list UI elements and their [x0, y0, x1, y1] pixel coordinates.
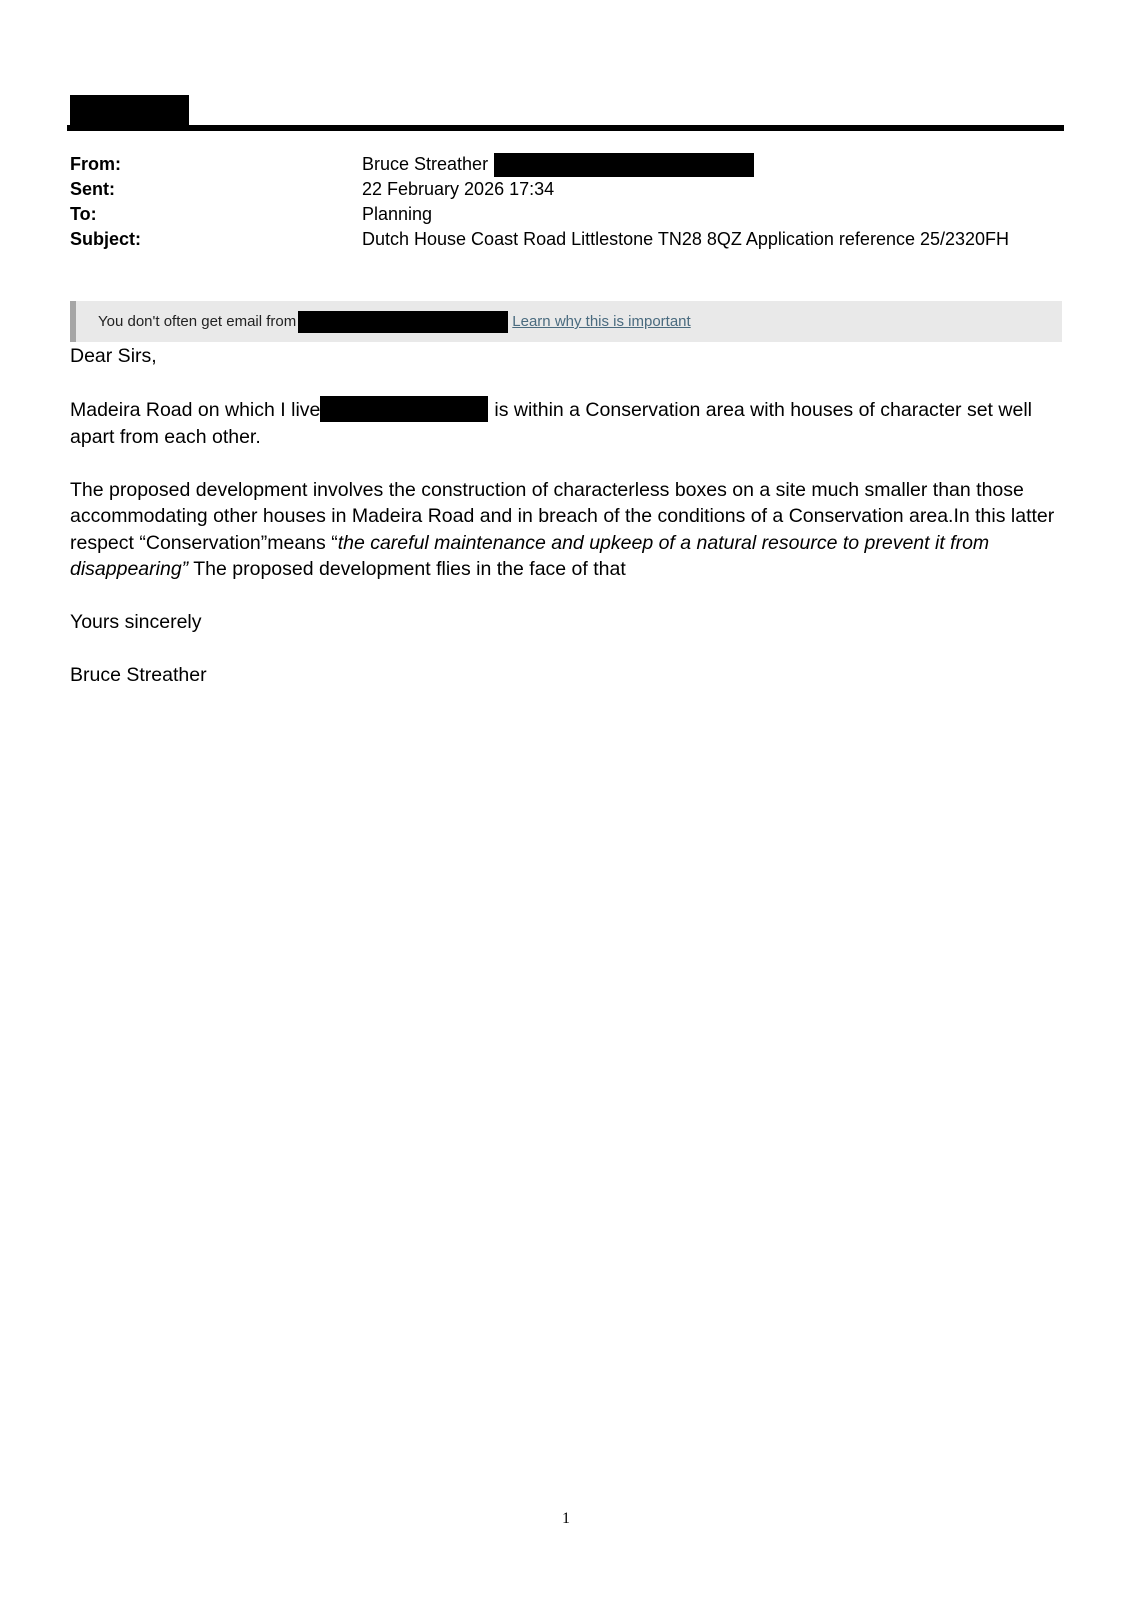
paragraph-1: Madeira Road on which I liveis within a …: [70, 396, 1070, 450]
external-sender-notice: You don't often get email from Learn why…: [70, 301, 1062, 342]
from-label: From:: [70, 154, 362, 175]
redacted-address: [320, 396, 488, 422]
redacted-title: [70, 95, 189, 126]
learn-why-link[interactable]: Learn why this is important: [512, 313, 690, 330]
sent-value: 22 February 2026 17:34: [362, 179, 554, 200]
redacted-email-address: [494, 153, 754, 177]
email-body: Dear Sirs, Madeira Road on which I livei…: [70, 343, 1070, 715]
header-from: From: Bruce Streather: [70, 152, 1070, 177]
redacted-sender: [298, 311, 508, 333]
page-number: 1: [0, 1510, 1132, 1528]
header-rule: [67, 125, 1064, 131]
to-label: To:: [70, 204, 362, 225]
sent-label: Sent:: [70, 179, 362, 200]
subject-value: Dutch House Coast Road Littlestone TN28 …: [362, 229, 1009, 250]
signature: Bruce Streather: [70, 662, 1070, 689]
paragraph-2: The proposed development involves the co…: [70, 477, 1070, 583]
header-to: To: Planning: [70, 202, 1070, 227]
from-value: Bruce Streather: [362, 154, 488, 175]
header-subject: Subject: Dutch House Coast Road Littlest…: [70, 227, 1070, 252]
email-headers: From: Bruce Streather Sent: 22 February …: [70, 152, 1070, 252]
closing: Yours sincerely: [70, 609, 1070, 636]
to-value: Planning: [362, 204, 432, 225]
greeting: Dear Sirs,: [70, 343, 1070, 370]
subject-label: Subject:: [70, 229, 362, 250]
notice-text: You don't often get email from: [98, 313, 296, 330]
header-sent: Sent: 22 February 2026 17:34: [70, 177, 1070, 202]
